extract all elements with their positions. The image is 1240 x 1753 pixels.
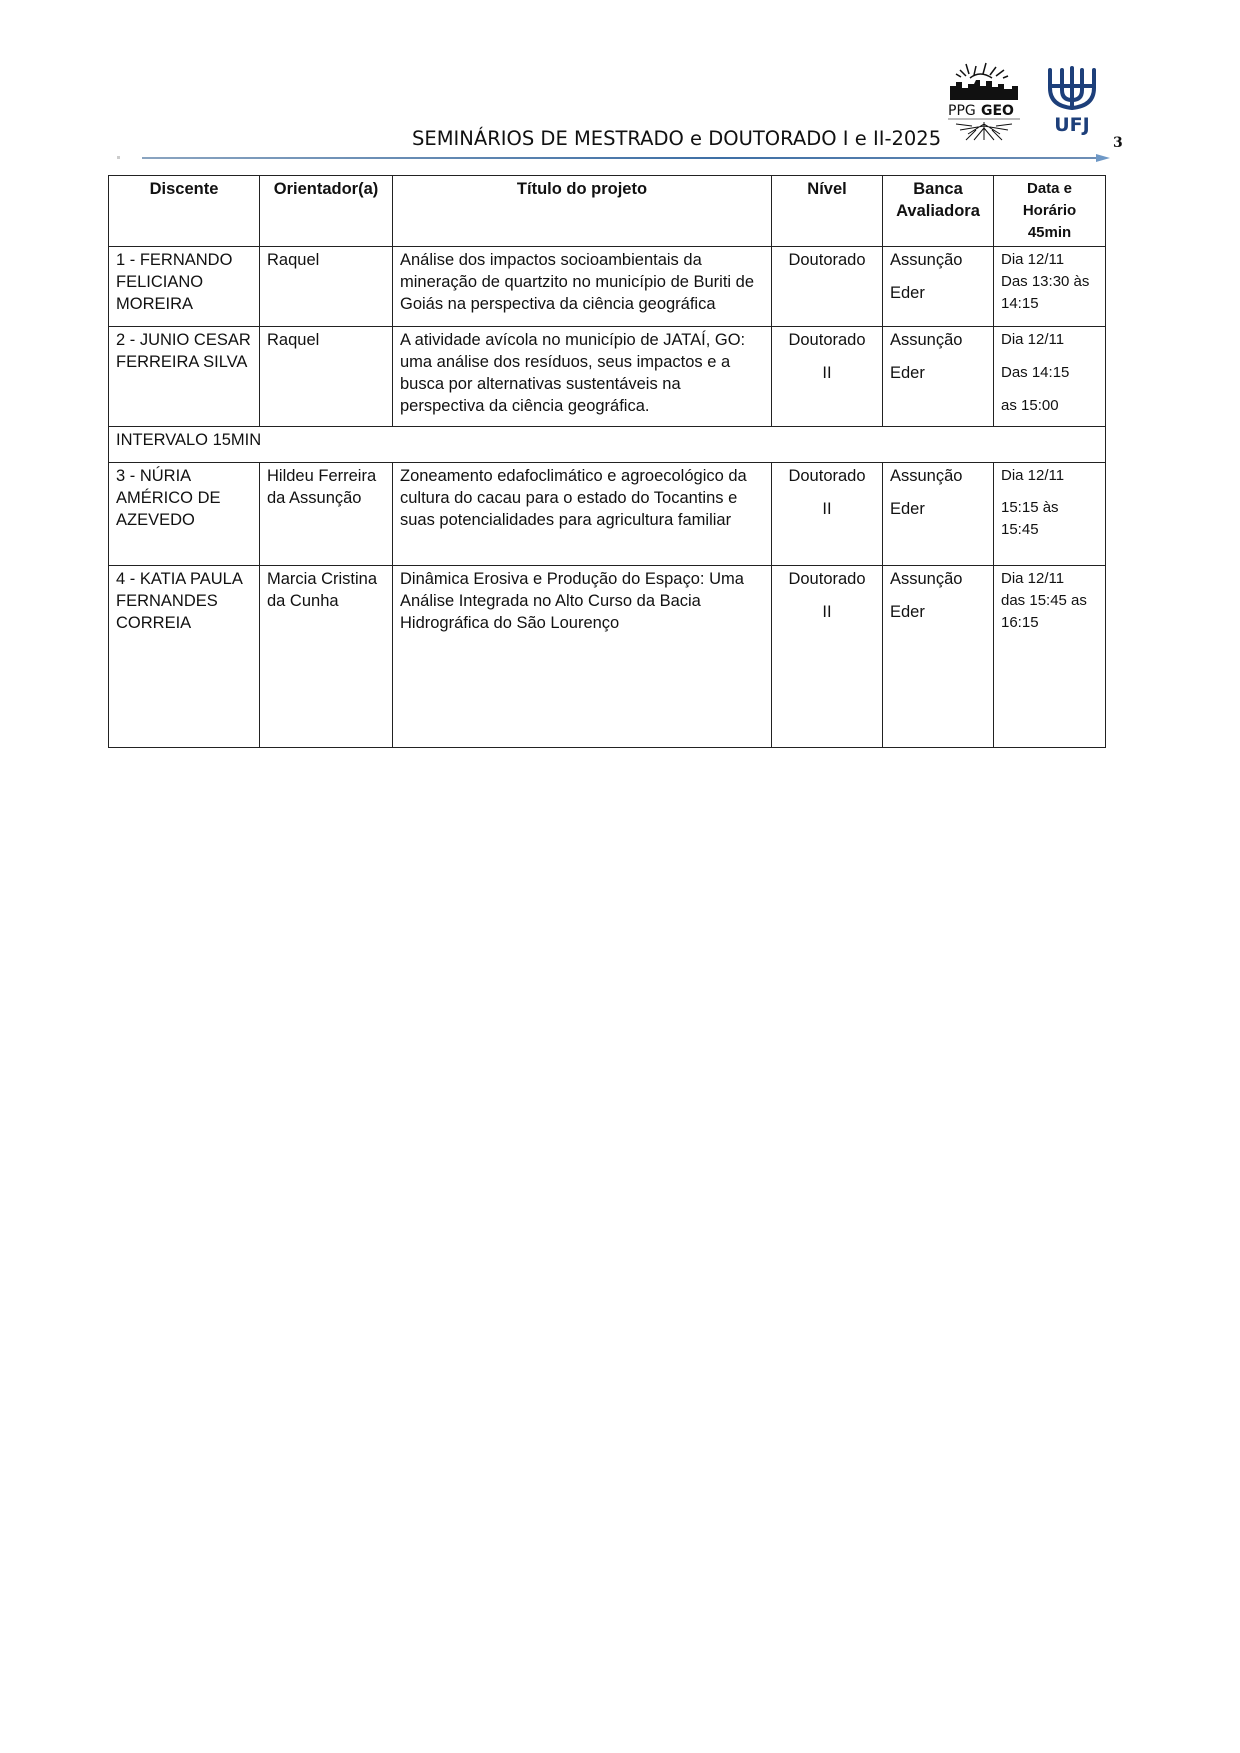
cell-banca: Assunção Eder — [883, 463, 994, 566]
svg-text:GEO: GEO — [981, 103, 1014, 119]
ufj-logo: UFJ — [1044, 66, 1100, 136]
column-header-orientador: Orientador(a) — [260, 176, 393, 247]
header-rule-dot — [117, 156, 120, 159]
ufj-logo-text: UFJ — [1044, 114, 1100, 136]
cell-titulo: Zoneamento edafoclimático e agroecológic… — [393, 463, 772, 566]
table-row: 2 - JUNIO CESAR FERREIRA SILVA Raquel A … — [109, 327, 1106, 427]
document-title: SEMINÁRIOS DE MESTRADO e DOUTORADO I e I… — [412, 127, 941, 150]
cell-horario: Dia 12/11 Das 14:15 as 15:00 — [994, 327, 1106, 427]
table-header-row: Discente Orientador(a) Título do projeto… — [109, 176, 1106, 247]
column-header-nivel: Nível — [772, 176, 883, 247]
cell-discente: 3 - NÚRIA AMÉRICO DE AZEVEDO — [109, 463, 260, 566]
column-header-titulo: Título do projeto — [393, 176, 772, 247]
cell-nivel: Doutorado II — [772, 566, 883, 748]
cell-nivel: Doutorado II — [772, 327, 883, 427]
cell-orientador: Raquel — [260, 327, 393, 427]
page-number: 3 — [1113, 135, 1123, 151]
interval-label: INTERVALO 15MIN — [109, 427, 1106, 463]
column-header-banca: Banca Avaliadora — [883, 176, 994, 247]
cell-orientador: Raquel — [260, 247, 393, 327]
cell-titulo: A atividade avícola no município de JATA… — [393, 327, 772, 427]
cell-banca: Assunção Eder — [883, 247, 994, 327]
svg-text:PPG: PPG — [948, 103, 976, 119]
column-header-data-horario: Data e Horário 45min — [994, 176, 1106, 247]
cell-nivel: Doutorado — [772, 247, 883, 327]
cell-titulo: Análise dos impactos socioambientais da … — [393, 247, 772, 327]
document-page: PPG GEO UFJ SEMINÁRIOS DE MESTRADO e DOU… — [0, 0, 1240, 1753]
cell-banca: Assunção Eder — [883, 327, 994, 427]
table-row: 3 - NÚRIA AMÉRICO DE AZEVEDO Hildeu Ferr… — [109, 463, 1106, 566]
ufj-emblem-icon — [1044, 66, 1100, 112]
cell-discente: 2 - JUNIO CESAR FERREIRA SILVA — [109, 327, 260, 427]
cell-banca: Assunção Eder — [883, 566, 994, 748]
column-header-discente: Discente — [109, 176, 260, 247]
interval-row: INTERVALO 15MIN — [109, 427, 1106, 463]
cell-discente: 1 - FERNANDO FELICIANO MOREIRA — [109, 247, 260, 327]
cell-nivel: Doutorado II — [772, 463, 883, 566]
cell-horario: Dia 12/11 Das 13:30 às 14:15 — [994, 247, 1106, 327]
ppggeo-logo: PPG GEO — [946, 60, 1022, 142]
cell-horario: Dia 12/11 das 15:45 as 16:15 — [994, 566, 1106, 748]
cell-titulo: Dinâmica Erosiva e Produção do Espaço: U… — [393, 566, 772, 748]
cell-orientador: Hildeu Ferreira da Assunção — [260, 463, 393, 566]
table-row: 1 - FERNANDO FELICIANO MOREIRA Raquel An… — [109, 247, 1106, 327]
header-rule — [142, 157, 1106, 159]
tree-icon: PPG GEO — [946, 60, 1022, 142]
cell-horario: Dia 12/11 15:15 às 15:45 — [994, 463, 1106, 566]
cell-discente: 4 - KATIA PAULA FERNANDES CORREIA — [109, 566, 260, 748]
table-row: 4 - KATIA PAULA FERNANDES CORREIA Marcia… — [109, 566, 1106, 748]
cell-orientador: Marcia Cristina da Cunha — [260, 566, 393, 748]
header-rule-arrow — [1096, 154, 1110, 162]
seminar-schedule-table: Discente Orientador(a) Título do projeto… — [108, 175, 1106, 748]
